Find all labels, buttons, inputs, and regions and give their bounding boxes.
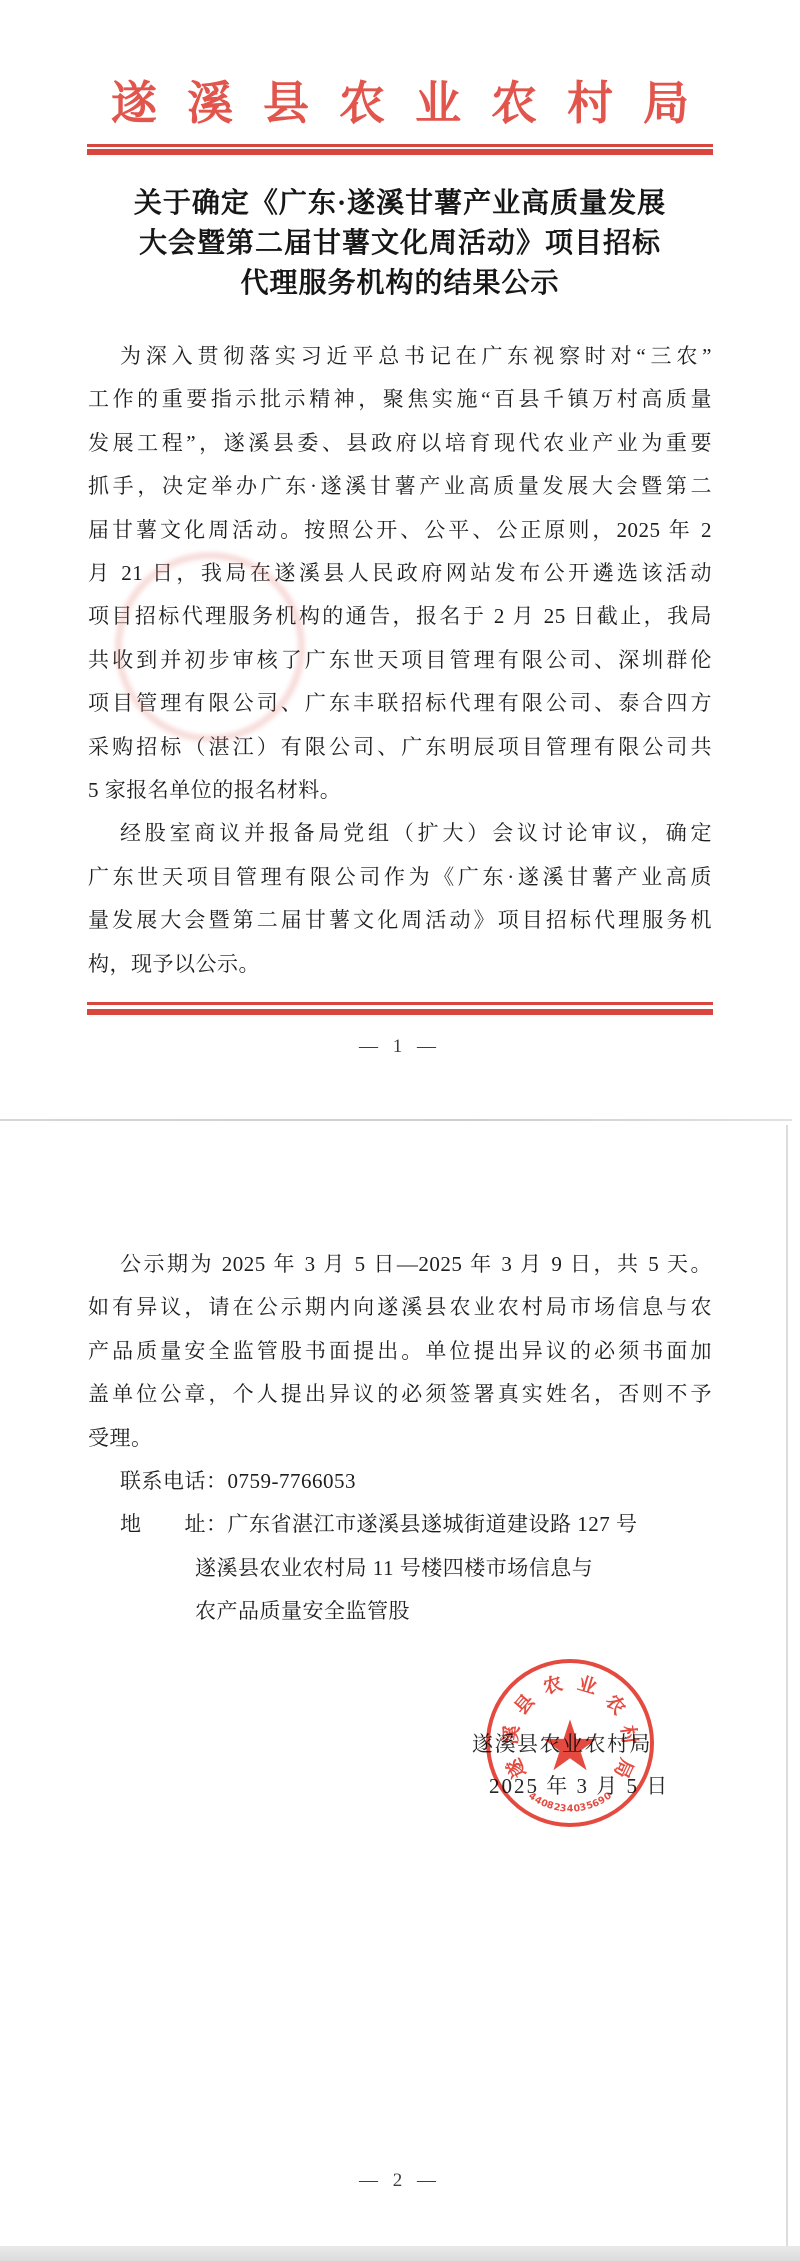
body-line: 工作的重要指示批示精神，聚焦实施“百县千镇万村高质量 [88, 378, 712, 421]
body-line: 经股室商议并报备局党组（扩大）会议讨论审议，确定 [88, 812, 712, 855]
address-line: 地 址：广东省湛江市遂溪县遂城街道建设路 127 号 [88, 1503, 712, 1546]
seal-code-digit: 4 [567, 1804, 574, 1814]
body-line: 产品质量安全监管股书面提出。单位提出异议的必须书面加 [88, 1330, 712, 1373]
address-line: 农产品质量安全监管股 [195, 1590, 712, 1633]
scan-bottom-edge [0, 2246, 800, 2261]
body-line: 5 家报名单位的报名材料。 [88, 769, 712, 812]
body-line: 受理。 [88, 1417, 712, 1460]
seal-ring-char: 溪 [501, 1724, 522, 1745]
page2-right-edge [786, 1125, 788, 2246]
document-title-line-1: 关于确定《广东·遂溪甘薯产业高质量发展 [0, 184, 800, 224]
official-seal: 遂溪县农业农村局 ★ 4408234035690 [486, 1659, 654, 1827]
scanned-official-document: { "colors": { "header_red": "#e2554d", "… [0, 0, 800, 2261]
body-line: 如有异议，请在公示期内向遂溪县农业农村局市场信息与农 [88, 1286, 712, 1329]
contact-phone-line: 联系电话：0759-7766053 [88, 1460, 712, 1503]
seal-ring-char: 村 [618, 1724, 639, 1745]
letterhead-double-rule [87, 144, 713, 155]
body-line: 广东世天项目管理有限公司作为《广东·遂溪甘薯产业高质 [88, 856, 712, 899]
body-line: 公示期为 2025 年 3 月 5 日—2025 年 3 月 9 日，共 5 天… [88, 1243, 712, 1286]
document-title-line-2: 大会暨第二届甘薯文化周活动》项目招标 [0, 224, 800, 264]
page1-number: — 1 — [0, 1036, 800, 1058]
page2-body: 公示期为 2025 年 3 月 5 日—2025 年 3 月 9 日，共 5 天… [88, 1243, 712, 1634]
body-line: 发展工程”，遂溪县委、县政府以培育现代农业产业为重要 [88, 422, 712, 465]
body-line: 盖单位公章，个人提出异议的必须签署真实姓名，否则不予 [88, 1373, 712, 1416]
page1-bottom-edge [0, 1119, 792, 1121]
footer-double-rule [87, 1002, 713, 1015]
address-line: 遂溪县农业农村局 11 号楼四楼市场信息与 [195, 1547, 712, 1590]
letterhead-agency-name: 遂溪县农业农村局 [0, 78, 800, 130]
body-line: 量发展大会暨第二届甘薯文化周活动》项目招标代理服务机 [88, 899, 712, 942]
document-title-line-3: 代理服务机构的结果公示 [0, 264, 800, 304]
body-line: 届甘薯文化周活动。按照公开、公平、公正原则，2025 年 2 [88, 509, 712, 552]
star-icon: ★ [539, 1711, 602, 1781]
page2-number: — 2 — [0, 2170, 800, 2192]
document-title: 关于确定《广东·遂溪甘薯产业高质量发展 大会暨第二届甘薯文化周活动》项目招标 代… [0, 184, 800, 304]
body-line: 抓手，决定举办广东·遂溪甘薯产业高质量发展大会暨第二 [88, 465, 712, 508]
body-line: 为深入贯彻落实习近平总书记在广东视察时对“三农” [88, 335, 712, 378]
body-line: 构，现予以公示。 [88, 943, 712, 986]
seal-bleedthrough-mark [115, 552, 305, 742]
